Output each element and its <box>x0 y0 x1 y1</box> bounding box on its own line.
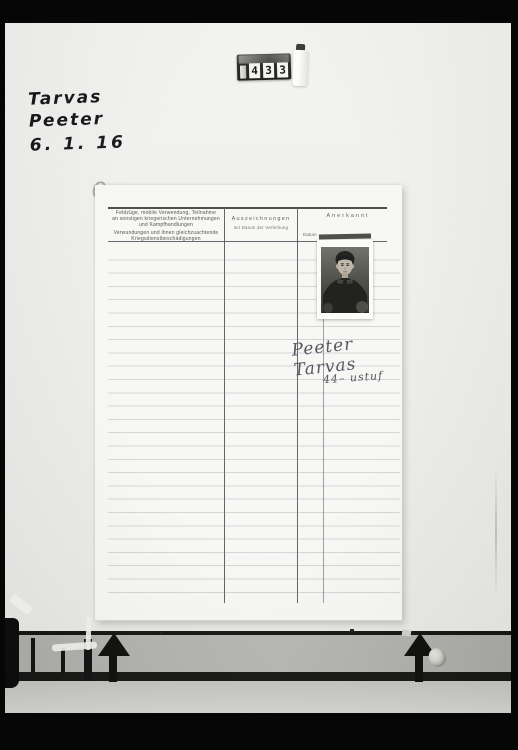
tick-mark <box>31 638 35 673</box>
film-frame: 4 3 3 Tarvas Peeter 6. 1. 16 Feldzüge, m… <box>0 0 518 750</box>
counter-partial-window <box>240 65 246 78</box>
signature: Peeter Tarvas 44– ustuf <box>291 329 405 390</box>
birthdate-text: 6. 1. 16 <box>29 131 126 156</box>
dust-speck <box>160 632 163 635</box>
header-col1-text: Feldzüge, mobile Verwendung, Teilnahme a… <box>109 210 223 242</box>
handwritten-annotation: Tarvas Peeter 6. 1. 16 <box>28 85 126 156</box>
paper-crease <box>495 467 497 597</box>
firstname-text: Peeter <box>29 107 126 132</box>
dust-speck <box>350 629 354 632</box>
photo-tape <box>319 234 371 240</box>
col2-title: Auszeichnungen <box>225 216 297 222</box>
left-edge-blotch <box>5 618 19 688</box>
record-card: Feldzüge, mobile Verwendung, Teilnahme a… <box>95 185 402 621</box>
header-col2-text: Auszeichnungen mit Datum der Verleihung <box>225 216 297 230</box>
film-clip <box>292 50 308 87</box>
header-line: Kriegsdienstbeschädigungen <box>109 236 223 242</box>
col3-datum-label: Datum <box>303 232 317 237</box>
band-lower-strip <box>5 681 511 713</box>
counter-digit: 3 <box>277 62 288 77</box>
counter-digit: 3 <box>263 63 274 78</box>
photo-print: 4 3 3 Tarvas Peeter 6. 1. 16 Feldzüge, m… <box>5 23 511 713</box>
up-arrow-stem <box>415 651 423 682</box>
table-header-top-rule <box>108 207 387 209</box>
col3-title: Anerkannt <box>298 213 398 219</box>
counter-digits: 4 3 3 <box>240 62 288 78</box>
light-reflection-tab <box>9 594 33 616</box>
portrait-image <box>321 247 369 313</box>
portrait-photo <box>317 240 373 319</box>
counter-digit: 4 <box>249 63 260 78</box>
band-bottom-rule <box>5 672 511 681</box>
up-arrow-stem <box>109 651 117 682</box>
header-line: und Kampfhandlungen <box>109 222 223 228</box>
frame-counter-device: 4 3 3 <box>237 53 292 80</box>
tick-mark <box>61 648 65 674</box>
col2-subtitle: mit Datum der Verleihung <box>225 225 297 230</box>
